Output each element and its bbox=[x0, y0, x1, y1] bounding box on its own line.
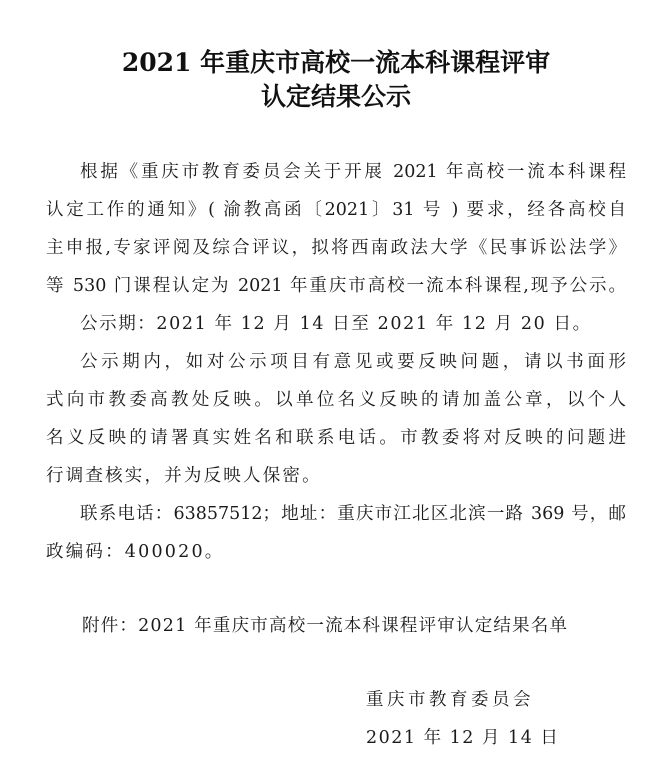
attachment-line: 附件：2021 年重庆市高校一流本科课程评审认定结果名单 bbox=[82, 614, 568, 638]
paragraph-line: 根据《重庆市教育委员会关于开展 2021 年高校一流本科课程 bbox=[80, 160, 626, 184]
paragraph-line: 式向市教委高教处反映。以单位名义反映的请加盖公章，以个人 bbox=[46, 388, 626, 412]
signature-organization: 重庆市教育委员会 bbox=[366, 688, 534, 712]
paragraph-line: 名义反映的请署真实姓名和联系电话。市教委将对反映的问题进 bbox=[46, 426, 626, 450]
paragraph-line: 联系电话：63857512；地址：重庆市江北区北滨一路 369 号，邮 bbox=[80, 502, 626, 526]
document-title-line-2: 认定结果公示 bbox=[0, 80, 672, 114]
document-title-line-1: 2021 年重庆市高校一流本科课程评审 bbox=[0, 46, 672, 80]
paragraph-line: 等 530 门课程认定为 2021 年重庆市高校一流本科课程,现予公示。 bbox=[46, 274, 626, 298]
paragraph-line: 认定工作的通知》( 渝教高函〔2021〕31 号 ) 要求，经各高校自 bbox=[46, 198, 626, 222]
paragraph-line: 主申报,专家评阅及综合评议，拟将西南政法大学《民事诉讼法学》 bbox=[46, 236, 626, 260]
paragraph-line: 公示期：2021 年 12 月 14 日至 2021 年 12 月 20 日。 bbox=[80, 312, 626, 336]
paragraph-line: 行调查核实，并为反映人保密。 bbox=[46, 464, 626, 488]
signature-date: 2021 年 12 月 14 日 bbox=[366, 726, 559, 750]
paragraph-line: 公示期内，如对公示项目有意见或要反映问题，请以书面形 bbox=[80, 350, 626, 374]
paragraph-line: 政编码：400020。 bbox=[46, 540, 626, 564]
